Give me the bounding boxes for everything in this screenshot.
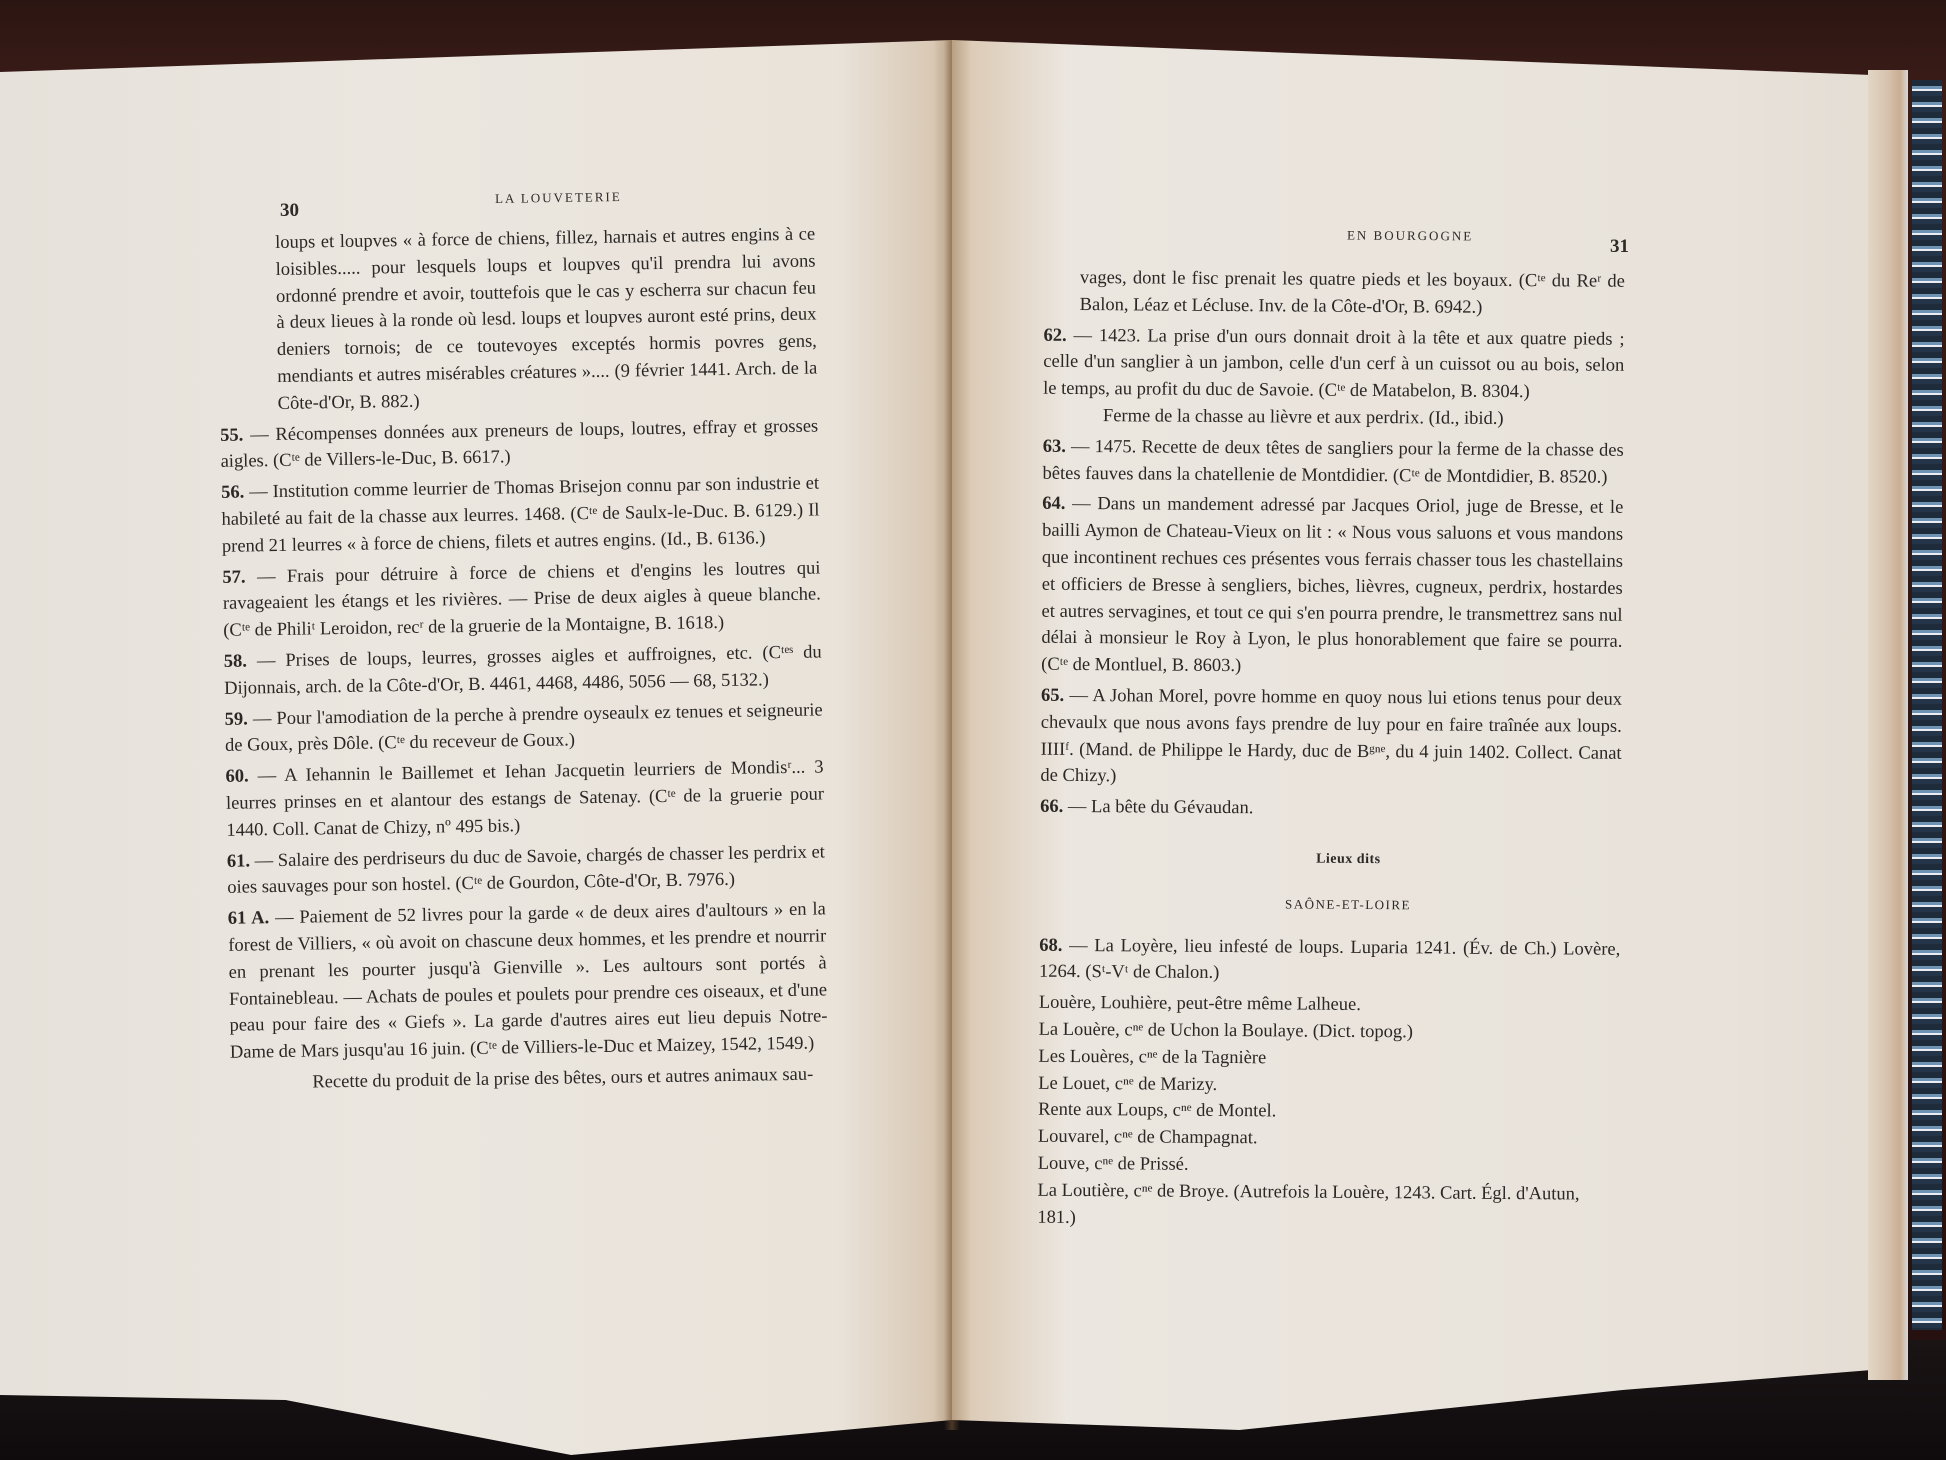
entry-number: 65. [1041, 686, 1064, 706]
entry-61: 61. — Salaire des perdriseurs du duc de … [227, 839, 826, 902]
entry-number: 55. [220, 425, 243, 445]
left-page-text: loups et loupves « à force de chiens, fi… [275, 222, 829, 1101]
entry-60: 60. — A Iehannin le Baillemet et Iehan J… [225, 755, 824, 845]
entry-text: — 1423. La prise d'un ours donnait droit… [1043, 326, 1624, 403]
entry-text: — La bête du Gévaudan. [1068, 797, 1254, 818]
entry-57: 57. — Frais pour détruire à force de chi… [222, 555, 821, 645]
entry-text: — Récompenses données aux preneurs de lo… [220, 416, 818, 472]
entry-text: — Frais pour détruire à force de chiens … [223, 558, 821, 641]
entry-text: — Prises de loups, leurres, grosses aigl… [224, 642, 822, 698]
entry-number: 63. [1043, 437, 1066, 457]
entry-65: 65. — A Johan Morel, povre homme en quoy… [1040, 683, 1622, 794]
place-name: Les Louères, cⁿᵉ de la Tagnière [1038, 1043, 1619, 1074]
trailing-paragraph: Recette du produit de la prise des bêtes… [288, 1061, 828, 1096]
entry-text: — La Loyère, lieu infesté de loups. Lupa… [1039, 935, 1620, 983]
page-number-left: 30 [280, 200, 299, 222]
place-name: Louve, cⁿᵉ de Prissé. [1038, 1151, 1619, 1182]
entry-text: — A Iehannin le Baillemet et Iehan Jacqu… [226, 758, 824, 841]
entry-59: 59. — Pour l'amodiation de la perche à p… [224, 697, 823, 760]
entry-text: — 1475. Recette de deux têtes de sanglie… [1042, 437, 1623, 488]
running-head-right: EN BOURGOGNE [1347, 228, 1473, 245]
entry-number: 68. [1039, 935, 1062, 955]
entry-number: 64. [1042, 494, 1065, 514]
right-page-text: vages, dont le fisc prenait les quatre p… [1073, 265, 1625, 1235]
section-heading: Lieux dits [1076, 845, 1621, 876]
entry-number: 61. [227, 851, 250, 871]
entry-55: 55. — Récompenses données aux preneurs d… [220, 413, 819, 476]
entry-number: 59. [225, 709, 248, 729]
page-block-edge [1868, 70, 1908, 1380]
place-name-list: Louère, Louhière, peut-être même Lalheue… [1037, 990, 1620, 1235]
continuation-paragraph: vages, dont le fisc prenait les quatre p… [1080, 265, 1625, 322]
entry-number: 61 A. [228, 908, 270, 929]
subsection-heading: SAÔNE-ET-LOIRE [1075, 890, 1620, 921]
left-page: 30 LA LOUVETERIE loups et loupves « à fo… [0, 0, 952, 1460]
entry-56: 56. — Institution comme leurrier de Thom… [221, 471, 820, 561]
page-number-right: 31 [1610, 236, 1629, 258]
entry-number: 60. [225, 767, 248, 787]
entry-text: — Paiement de 52 livres pour la garde « … [228, 900, 828, 1063]
place-name: Louère, Louhière, peut-être même Lalheue… [1039, 990, 1620, 1021]
entry-number: 62. [1043, 325, 1066, 345]
entry-61a: 61 A. — Paiement de 52 livres pour la ga… [228, 897, 828, 1067]
entry-number: 58. [224, 651, 247, 671]
marbled-cover-edge [1912, 80, 1942, 1330]
entry-number: 66. [1040, 797, 1063, 817]
entry-text: — Institution comme leurrier de Thomas B… [221, 474, 819, 557]
entry-extra: Ferme de la chasse au lièvre et aux perd… [1043, 403, 1624, 434]
entry-text: — Pour l'amodiation de la perche à prend… [225, 700, 823, 756]
running-head-left: LA LOUVETERIE [495, 189, 622, 207]
place-name: Louvarel, cⁿᵉ de Champagnat. [1038, 1124, 1619, 1155]
entry-text: — A Johan Morel, povre homme en quoy nou… [1040, 686, 1622, 787]
entry-62: 62. — 1423. La prise d'un ours donnait d… [1043, 322, 1625, 433]
entry-68: 68. — La Loyère, lieu infesté de loups. … [1039, 932, 1620, 990]
continuation-paragraph: loups et loupves « à force de chiens, fi… [275, 222, 818, 418]
place-name: Rente aux Loups, cⁿᵉ de Montel. [1038, 1097, 1619, 1128]
entry-text: — Dans un mandement adressé par Jacques … [1041, 494, 1623, 676]
entry-63: 63. — 1475. Recette de deux têtes de san… [1042, 434, 1623, 492]
entry-66: 66. — La bête du Gévaudan. [1040, 794, 1621, 825]
place-name: Le Louet, cⁿᵉ de Marizy. [1038, 1070, 1619, 1101]
entry-number: 56. [221, 483, 244, 503]
entry-text: — Salaire des perdriseurs du duc de Savo… [227, 842, 825, 898]
place-name: La Loutière, cⁿᵉ de Broye. (Autrefois la… [1037, 1177, 1618, 1235]
entry-58: 58. — Prises de loups, leurres, grosses … [224, 639, 823, 702]
place-name: La Louère, cⁿᵉ de Uchon la Boulaye. (Dic… [1039, 1017, 1620, 1048]
entry-number: 57. [222, 567, 245, 587]
entry-64: 64. — Dans un mandement adressé par Jacq… [1041, 491, 1623, 683]
